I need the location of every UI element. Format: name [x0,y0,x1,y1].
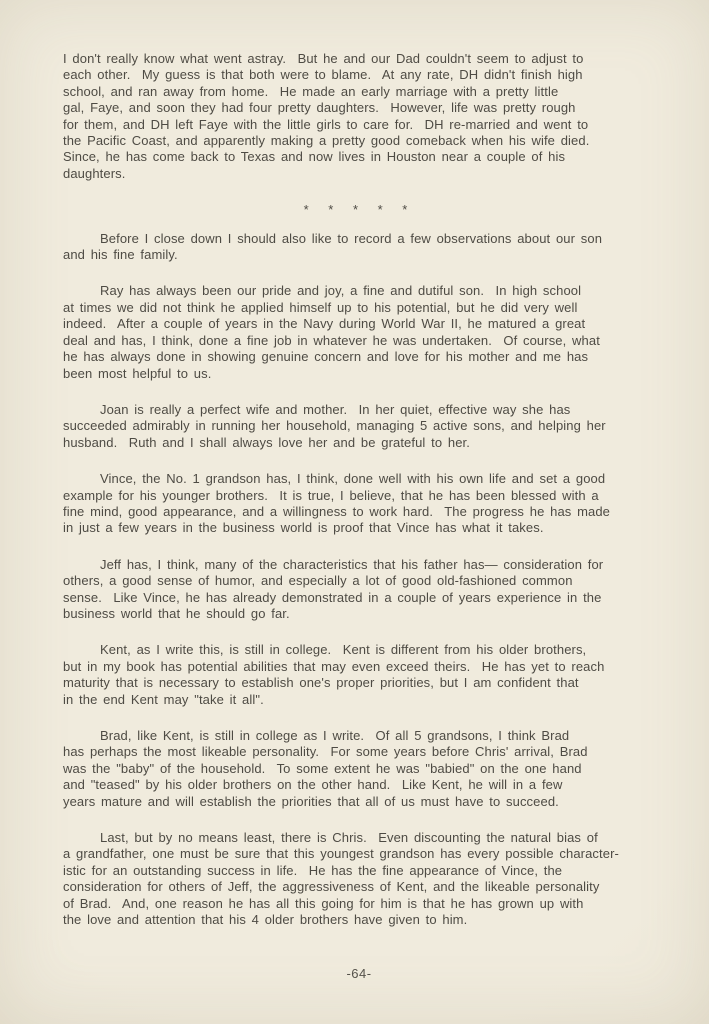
paragraph: Ray has always been our pride and joy, a… [63,283,655,381]
paragraph: Brad, like Kent, is still in college as … [63,728,655,810]
page-number: -64- [63,966,655,981]
section-separator: * * * * * [63,202,655,218]
paragraph: Jeff has, I think, many of the character… [63,557,655,623]
memoir-text-block: I don't really know what went astray. Bu… [63,51,655,948]
paragraph: Kent, as I write this, is still in colle… [63,642,655,708]
paragraph: Joan is really a perfect wife and mother… [63,402,655,451]
paragraph: Vince, the No. 1 grandson has, I think, … [63,471,655,537]
paragraph: Last, but by no means least, there is Ch… [63,830,655,928]
document-page: I don't really know what went astray. Bu… [0,0,709,1024]
paragraph: Before I close down I should also like t… [63,231,655,264]
paragraph: I don't really know what went astray. Bu… [63,51,655,182]
